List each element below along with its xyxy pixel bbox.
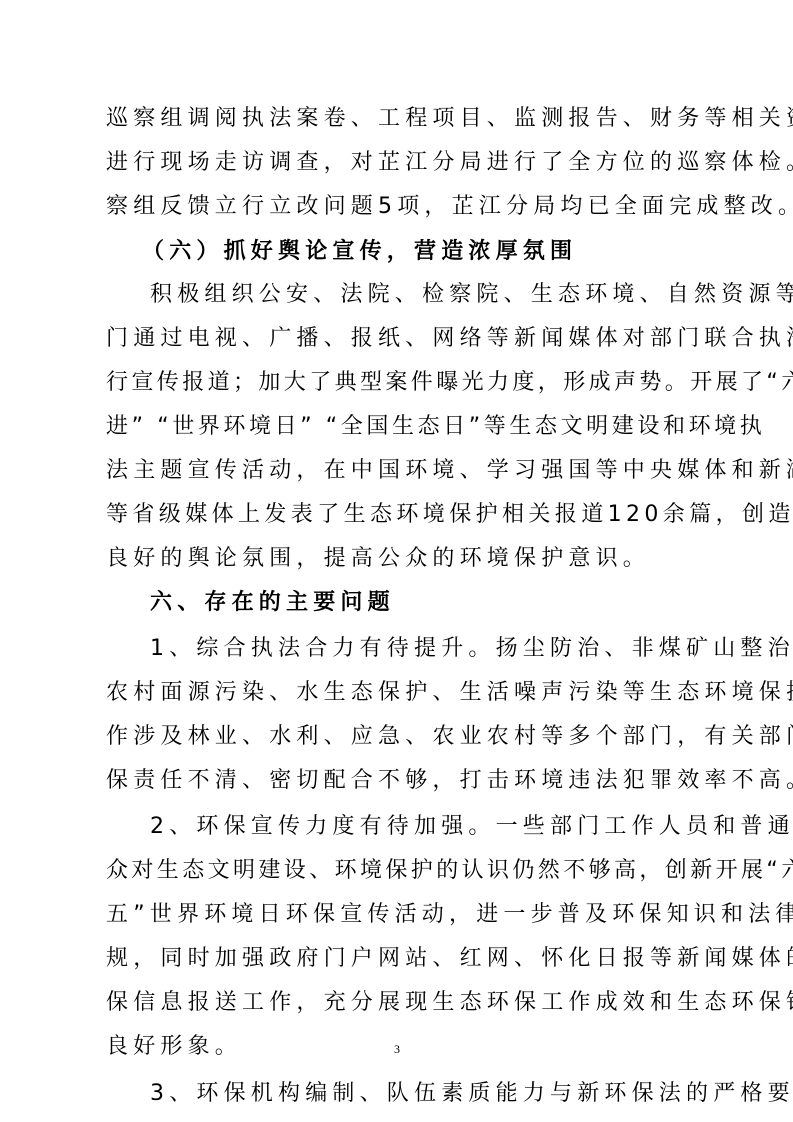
paragraph-line: 进行现场走访调查，对芷江分局进行了全方位的巡察体检。巡 xyxy=(106,141,793,185)
paragraph-line: 保信息报送工作，充分展现生态环保工作成效和生态环保铁军 xyxy=(106,981,793,1025)
paragraph-line: 行宣传报道；加大了典型案件曝光力度，形成声势。开展了“六 xyxy=(106,361,793,405)
paragraph-line: 3、环保机构编制、队伍素质能力与新环保法的严格要求 xyxy=(150,1072,793,1116)
paragraph-line: 众对生态文明建设、环境保护的认识仍然不够高，创新开展“六 xyxy=(106,849,793,893)
paragraph-line: 巡察组调阅执法案卷、工程项目、监测报告、财务等相关资料， xyxy=(106,97,793,141)
paragraph-line: 农村面源污染、水生态保护、生活噪声污染等生态环境保护工 xyxy=(106,671,793,715)
paragraph-line: 规，同时加强政府门户网站、红网、怀化日报等新闻媒体的环 xyxy=(106,937,793,981)
chapter-heading: 六、存在的主要问题 xyxy=(150,581,395,625)
paragraph-line: 积极组织公安、法院、检察院、生态环境、自然资源等部 xyxy=(150,273,793,317)
paragraph-line: 保责任不清、密切配合不够，打击环境违法犯罪效率不高。 xyxy=(106,759,793,803)
paragraph-line: 等省级媒体上发表了生态环境保护相关报道120余篇，创造了 xyxy=(106,493,793,537)
paragraph-line: 1、综合执法合力有待提升。扬尘防治、非煤矿山整治、 xyxy=(150,627,793,671)
section-heading: （六）抓好舆论宣传，营造浓厚氛围 xyxy=(142,229,577,273)
paragraph-line: 察组反馈立行立改问题5项，芷江分局均已全面完成整改。 xyxy=(106,185,793,229)
paragraph-line: 2、环保宣传力度有待加强。一些部门工作人员和普通群 xyxy=(150,805,793,849)
paragraph-line: 良好的舆论氛围，提高公众的环境保护意识。 xyxy=(106,537,650,581)
paragraph-line: 门通过电视、广播、报纸、网络等新闻媒体对部门联合执法进 xyxy=(106,317,793,361)
paragraph-line: 进” “世界环境日” “全国生态日”等生态文明建设和环境执 xyxy=(106,405,765,449)
page-number: 3 xyxy=(390,1042,404,1057)
paragraph-line: 法主题宣传活动，在中国环境、学习强国等中央媒体和新湖南 xyxy=(106,449,793,493)
paragraph-line: 良好形象。 xyxy=(106,1025,242,1069)
paragraph-line: 作涉及林业、水利、应急、农业农村等多个部门，有关部门环 xyxy=(106,715,793,759)
paragraph-line: 五”世界环境日环保宣传活动，进一步普及环保知识和法律法 xyxy=(106,893,793,937)
